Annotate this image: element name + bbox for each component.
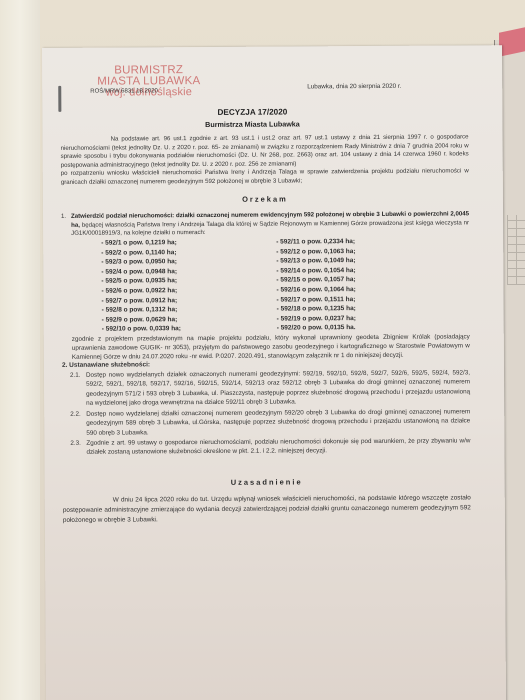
easement-number: 2.3. [70, 439, 81, 448]
easement-list: 2.1.Dostęp nowo wydzielanych działek ozn… [62, 368, 471, 457]
easement-text: Dostęp nowo wydzielanych działek oznaczo… [86, 369, 470, 407]
easement-item: 2.2.Dostęp nowo wydzielanej działki ozna… [62, 407, 470, 438]
ruling-heading: Orzekam [61, 194, 469, 205]
consideration: po rozpatrzeniu wniosku właścicieli nier… [61, 168, 469, 188]
justification-heading: Uzasadnienie [63, 477, 471, 488]
document-page: BURMISTRZ MIASTA LUBAWKA woj. dolnośląsk… [42, 45, 506, 700]
date-line: Lubawka, dnia 20 sierpnia 2020 r. [307, 83, 401, 91]
easement-item: 2.1.Dostęp nowo wydzielanych działek ozn… [62, 368, 470, 408]
decision-title: DECYZJA 17/2020 [42, 106, 462, 118]
decision-subtitle: Burmistrza Miasta Lubawka [42, 118, 462, 130]
point-1-text: będącej własnością Państwa Ireny i Andrz… [71, 219, 469, 237]
case-number: ROŚ/MRW.6831.18.2020 [90, 88, 158, 94]
point-1-number: 1. [61, 213, 66, 222]
point-1: 1.Zatwierdzić podział nieruchomości: dzi… [61, 211, 469, 239]
survey-reference: zgodnie z projektem przedstawionym na ma… [62, 332, 470, 362]
easement-text: Zgodnie z art. 99 ustawy o gospodarce ni… [86, 437, 470, 456]
parcel-list: - 592/1 o pow. 0,1219 ha;- 592/11 o pow.… [101, 236, 470, 334]
easement-number: 2.2. [70, 409, 81, 418]
easement-number: 2.1. [70, 371, 81, 380]
easement-item: 2.3.Zgodnie z art. 99 ustawy o gospodarc… [62, 436, 470, 457]
plastic-sleeve [0, 0, 40, 700]
document-body: Na podstawie art. 96 ust.1 zgodnie z art… [61, 133, 471, 525]
easement-text: Dostęp nowo wydzielanej działki oznaczon… [86, 408, 470, 436]
justification-text: W dniu 24 lipca 2020 roku do tut. Urzędu… [63, 494, 471, 525]
technical-drawing-fragment [507, 215, 525, 285]
legal-basis: Na podstawie art. 96 ust.1 zgodnie z art… [61, 133, 469, 170]
